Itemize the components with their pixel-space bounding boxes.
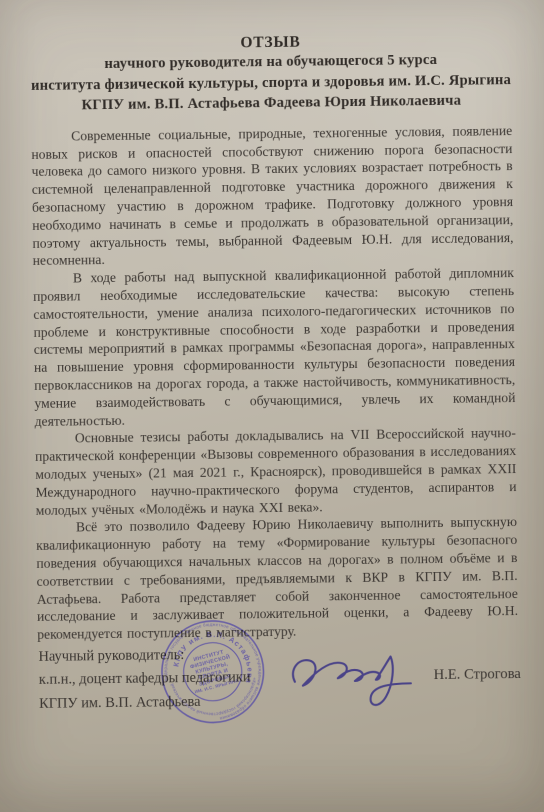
handwritten-signature-icon xyxy=(284,644,425,720)
signature-stroke xyxy=(293,656,411,706)
body-paragraph-2: В ходе работы над выпускной квалификацио… xyxy=(33,264,516,430)
body-paragraph-3: Основные тезисы работы докладывались на … xyxy=(35,424,517,519)
document-page: ОТЗЫВ научного руководителя на обучающег… xyxy=(0,0,544,812)
signer-name: Н.Е. Строгова xyxy=(434,666,521,684)
scanned-document-photo: { "doc": { "title": "ОТЗЫВ", "header_lin… xyxy=(0,0,544,812)
body-paragraph-1: Современные социальные, природные, техно… xyxy=(31,122,514,270)
document-body: Современные социальные, природные, техно… xyxy=(31,122,518,644)
document-content: ОТЗЫВ научного руководителя на обучающег… xyxy=(30,30,518,644)
body-paragraph-4: Всё это позволило Фадееву Юрию Николаеви… xyxy=(36,513,518,643)
